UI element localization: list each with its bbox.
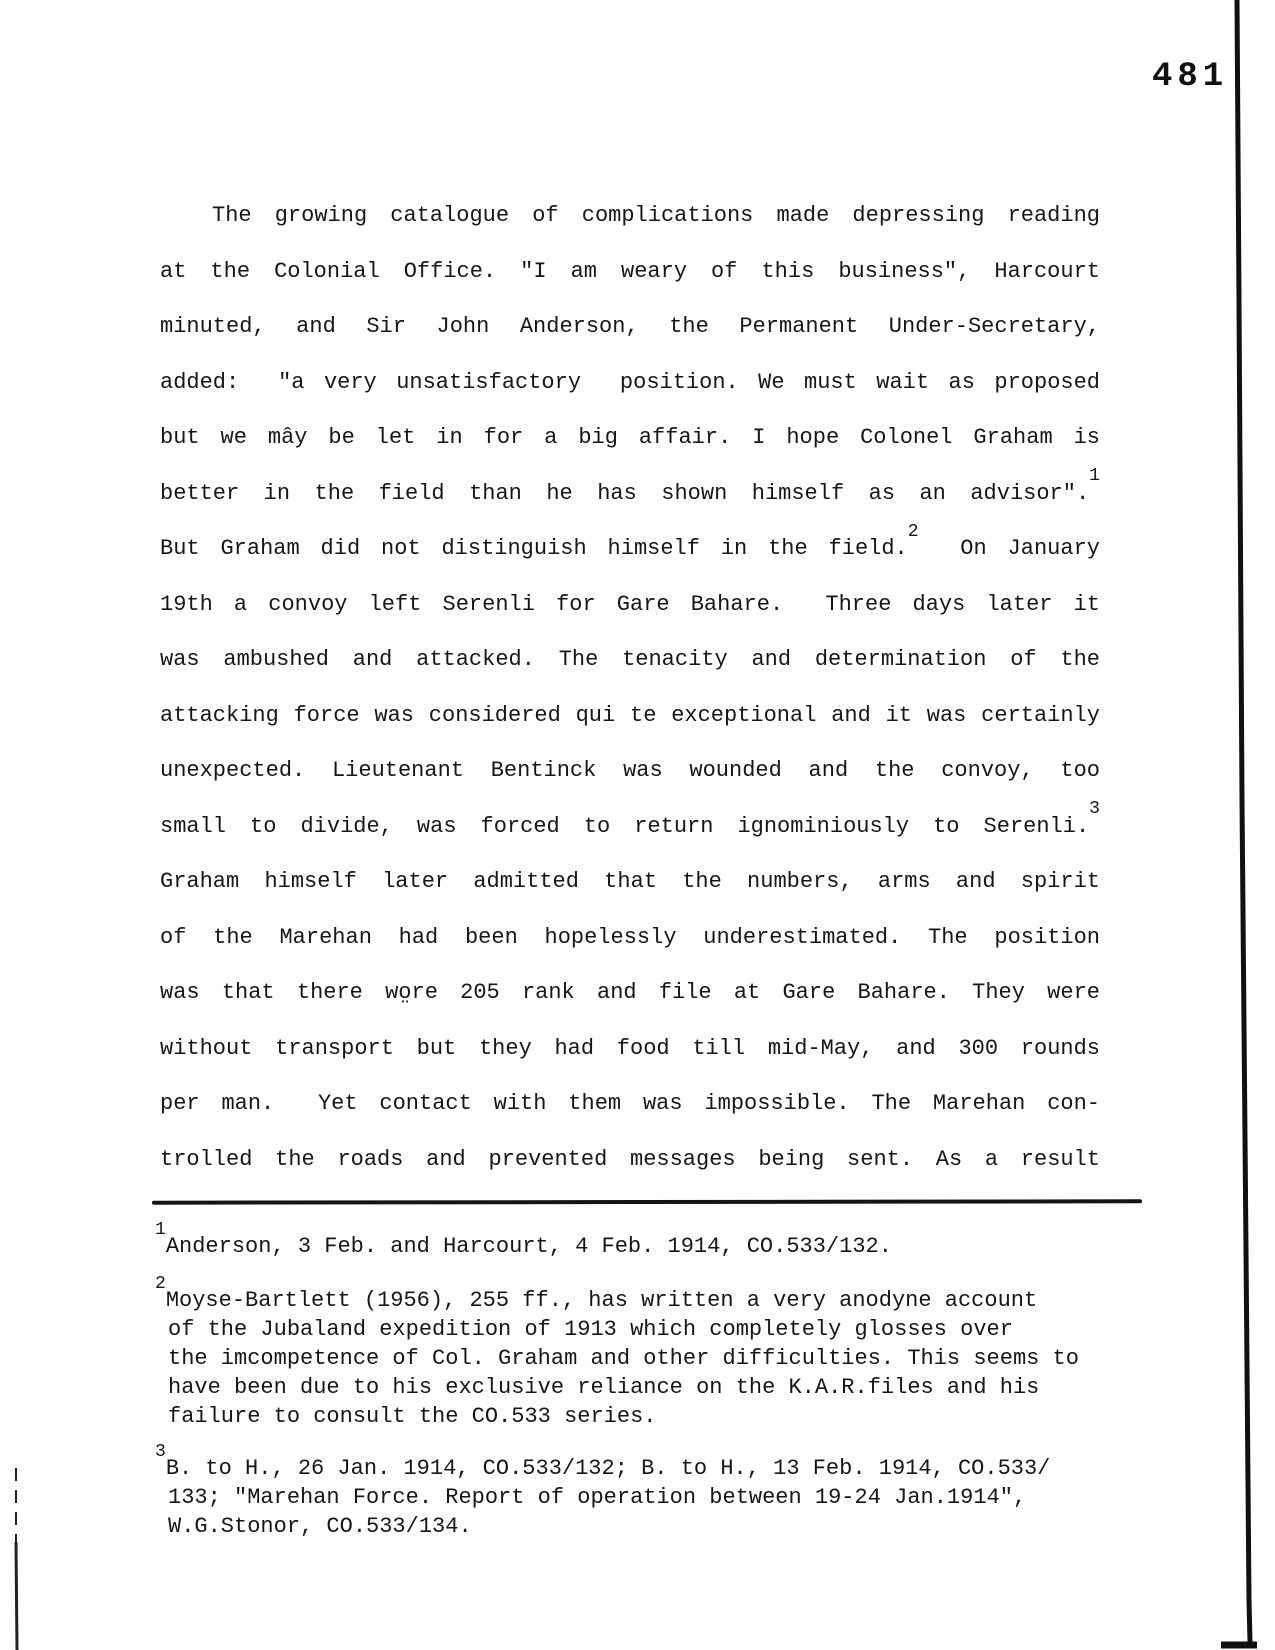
body-line: of the Marehan had been hopelessly under…: [160, 910, 1100, 966]
page-number: 481: [1152, 58, 1228, 96]
body-line: But Graham did not distinguish himself i…: [160, 521, 1100, 577]
body-line: Graham himself later admitted that the n…: [160, 854, 1100, 910]
footnote-line: 2Moyse-Bartlett (1956), 255 ff., has wri…: [155, 1286, 1165, 1315]
body-line: unexpected. Lieutenant Bentinck was woun…: [160, 743, 1100, 799]
footnote-line: of the Jubaland expedition of 1913 which…: [155, 1315, 1165, 1344]
footnote-line: the imcompetence of Col. Graham and othe…: [155, 1344, 1165, 1373]
body-line: attacking force was considered qui te ex…: [160, 688, 1100, 744]
body-line: The growing catalogue of complications m…: [160, 188, 1100, 244]
body-line: better in the field than he has shown hi…: [160, 466, 1100, 522]
body-line: at the Colonial Office. "I am weary of t…: [160, 244, 1100, 300]
footnote-divider: [152, 1199, 1142, 1204]
footnote-line: failure to consult the CO.533 series.: [155, 1402, 1165, 1431]
footnote-1: 1Anderson, 3 Feb. and Harcourt, 4 Feb. 1…: [155, 1232, 1165, 1261]
footnote-line: 3B. to H., 26 Jan. 1914, CO.533/132; B. …: [155, 1454, 1165, 1483]
page-edge-line: [1237, 0, 1250, 1642]
body-line: added: "a very unsatisfactory position. …: [160, 355, 1100, 411]
document-page: 481 The growing catalogue of complicatio…: [0, 0, 1275, 1650]
footnotes-section: 1Anderson, 3 Feb. and Harcourt, 4 Feb. 1…: [155, 1232, 1165, 1541]
body-line: trolled the roads and prevented messages…: [160, 1132, 1100, 1188]
body-line: without transport but they had food till…: [160, 1021, 1100, 1077]
body-line: minuted, and Sir John Anderson, the Perm…: [160, 299, 1100, 355]
body-line: per man. Yet contact with them was impos…: [160, 1076, 1100, 1132]
footnote-2: 2Moyse-Bartlett (1956), 255 ff., has wri…: [155, 1286, 1165, 1431]
footnote-line: have been due to his exclusive reliance …: [155, 1373, 1165, 1402]
body-line: was ambushed and attacked. The tenacity …: [160, 632, 1100, 688]
binder-mark-solid: [16, 1542, 17, 1650]
footnote-3: 3B. to H., 26 Jan. 1914, CO.533/132; B. …: [155, 1454, 1165, 1541]
body-paragraph: The growing catalogue of complications m…: [160, 188, 1100, 1187]
footnote-line: 133; "Marehan Force. Report of operation…: [155, 1483, 1165, 1512]
body-line: 19th a convoy left Serenli for Gare Baha…: [160, 577, 1100, 633]
footnote-line: W.G.Stonor, CO.533/134.: [155, 1512, 1165, 1541]
body-line: was that there wo̤re 205 rank and file a…: [160, 965, 1100, 1021]
body-line: but we mây be let in for a big affair. I…: [160, 410, 1100, 466]
body-line: small to divide, was forced to return ig…: [160, 799, 1100, 855]
footnote-line: 1Anderson, 3 Feb. and Harcourt, 4 Feb. 1…: [155, 1232, 1165, 1261]
